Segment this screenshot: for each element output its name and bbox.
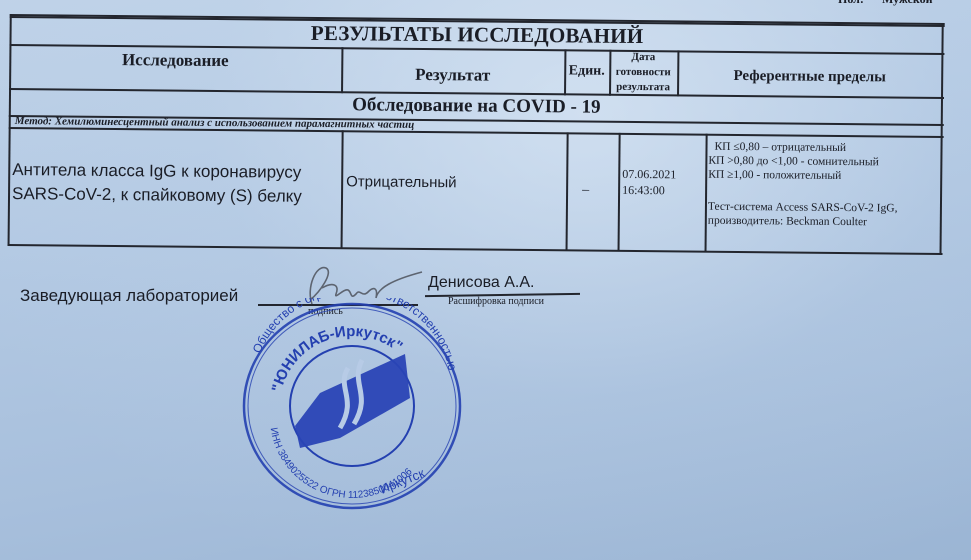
- col-header-result: Результат: [341, 57, 564, 93]
- test-unit: –: [566, 180, 618, 200]
- stamp-graphic: "ЮНИЛАБ-Иркутск" Общество с ограниченной…: [240, 298, 465, 513]
- signatory-role: Заведующая лабораторией: [20, 286, 238, 306]
- ready-date-line-1: Дата: [631, 49, 655, 64]
- reference-line-3: КП ≥1,00 - положительный: [708, 168, 841, 183]
- col-header-reference: Референтные пределы: [677, 56, 942, 97]
- ready-date-line-2: готовности: [616, 64, 671, 80]
- test-date: 07.06.2021 16:43:00: [622, 164, 706, 201]
- test-time-value: 16:43:00: [622, 182, 665, 198]
- col-header-unit: Един.: [564, 49, 609, 93]
- test-name: Антитела класса IgG к коронавирусу SARS-…: [12, 158, 341, 217]
- results-table: РЕЗУЛЬТАТЫ ИССЛЕДОВАНИЙ Исследование Рез…: [7, 0, 950, 269]
- reference-line-6: производитель: Beckman Coulter: [708, 214, 867, 230]
- reference-ranges: КП ≤0,80 – отрицательный КП >0,80 до <1,…: [708, 137, 941, 252]
- test-date-value: 07.06.2021: [622, 166, 676, 183]
- test-name-line-2: SARS-CoV-2, к спайковому (S) белку: [12, 182, 302, 209]
- col-header-ready-date: Дата готовности результата: [609, 50, 677, 95]
- reference-line-1: КП ≤0,80 – отрицательный: [708, 140, 846, 155]
- company-stamp: "ЮНИЛАБ-Иркутск" Общество с ограниченной…: [240, 298, 465, 513]
- ready-date-line-3: результата: [616, 79, 670, 95]
- test-name-line-1: Антитела класса IgG к коронавирусу: [12, 158, 301, 185]
- photographed-lab-report: Пол: Мужской РЕЗУЛЬТАТЫ ИССЛЕДОВАНИЙ Исс…: [0, 0, 971, 560]
- col-header-test: Исследование: [9, 44, 341, 77]
- signatory-name: Денисова А.А.: [428, 274, 534, 292]
- test-result: Отрицательный: [346, 168, 566, 198]
